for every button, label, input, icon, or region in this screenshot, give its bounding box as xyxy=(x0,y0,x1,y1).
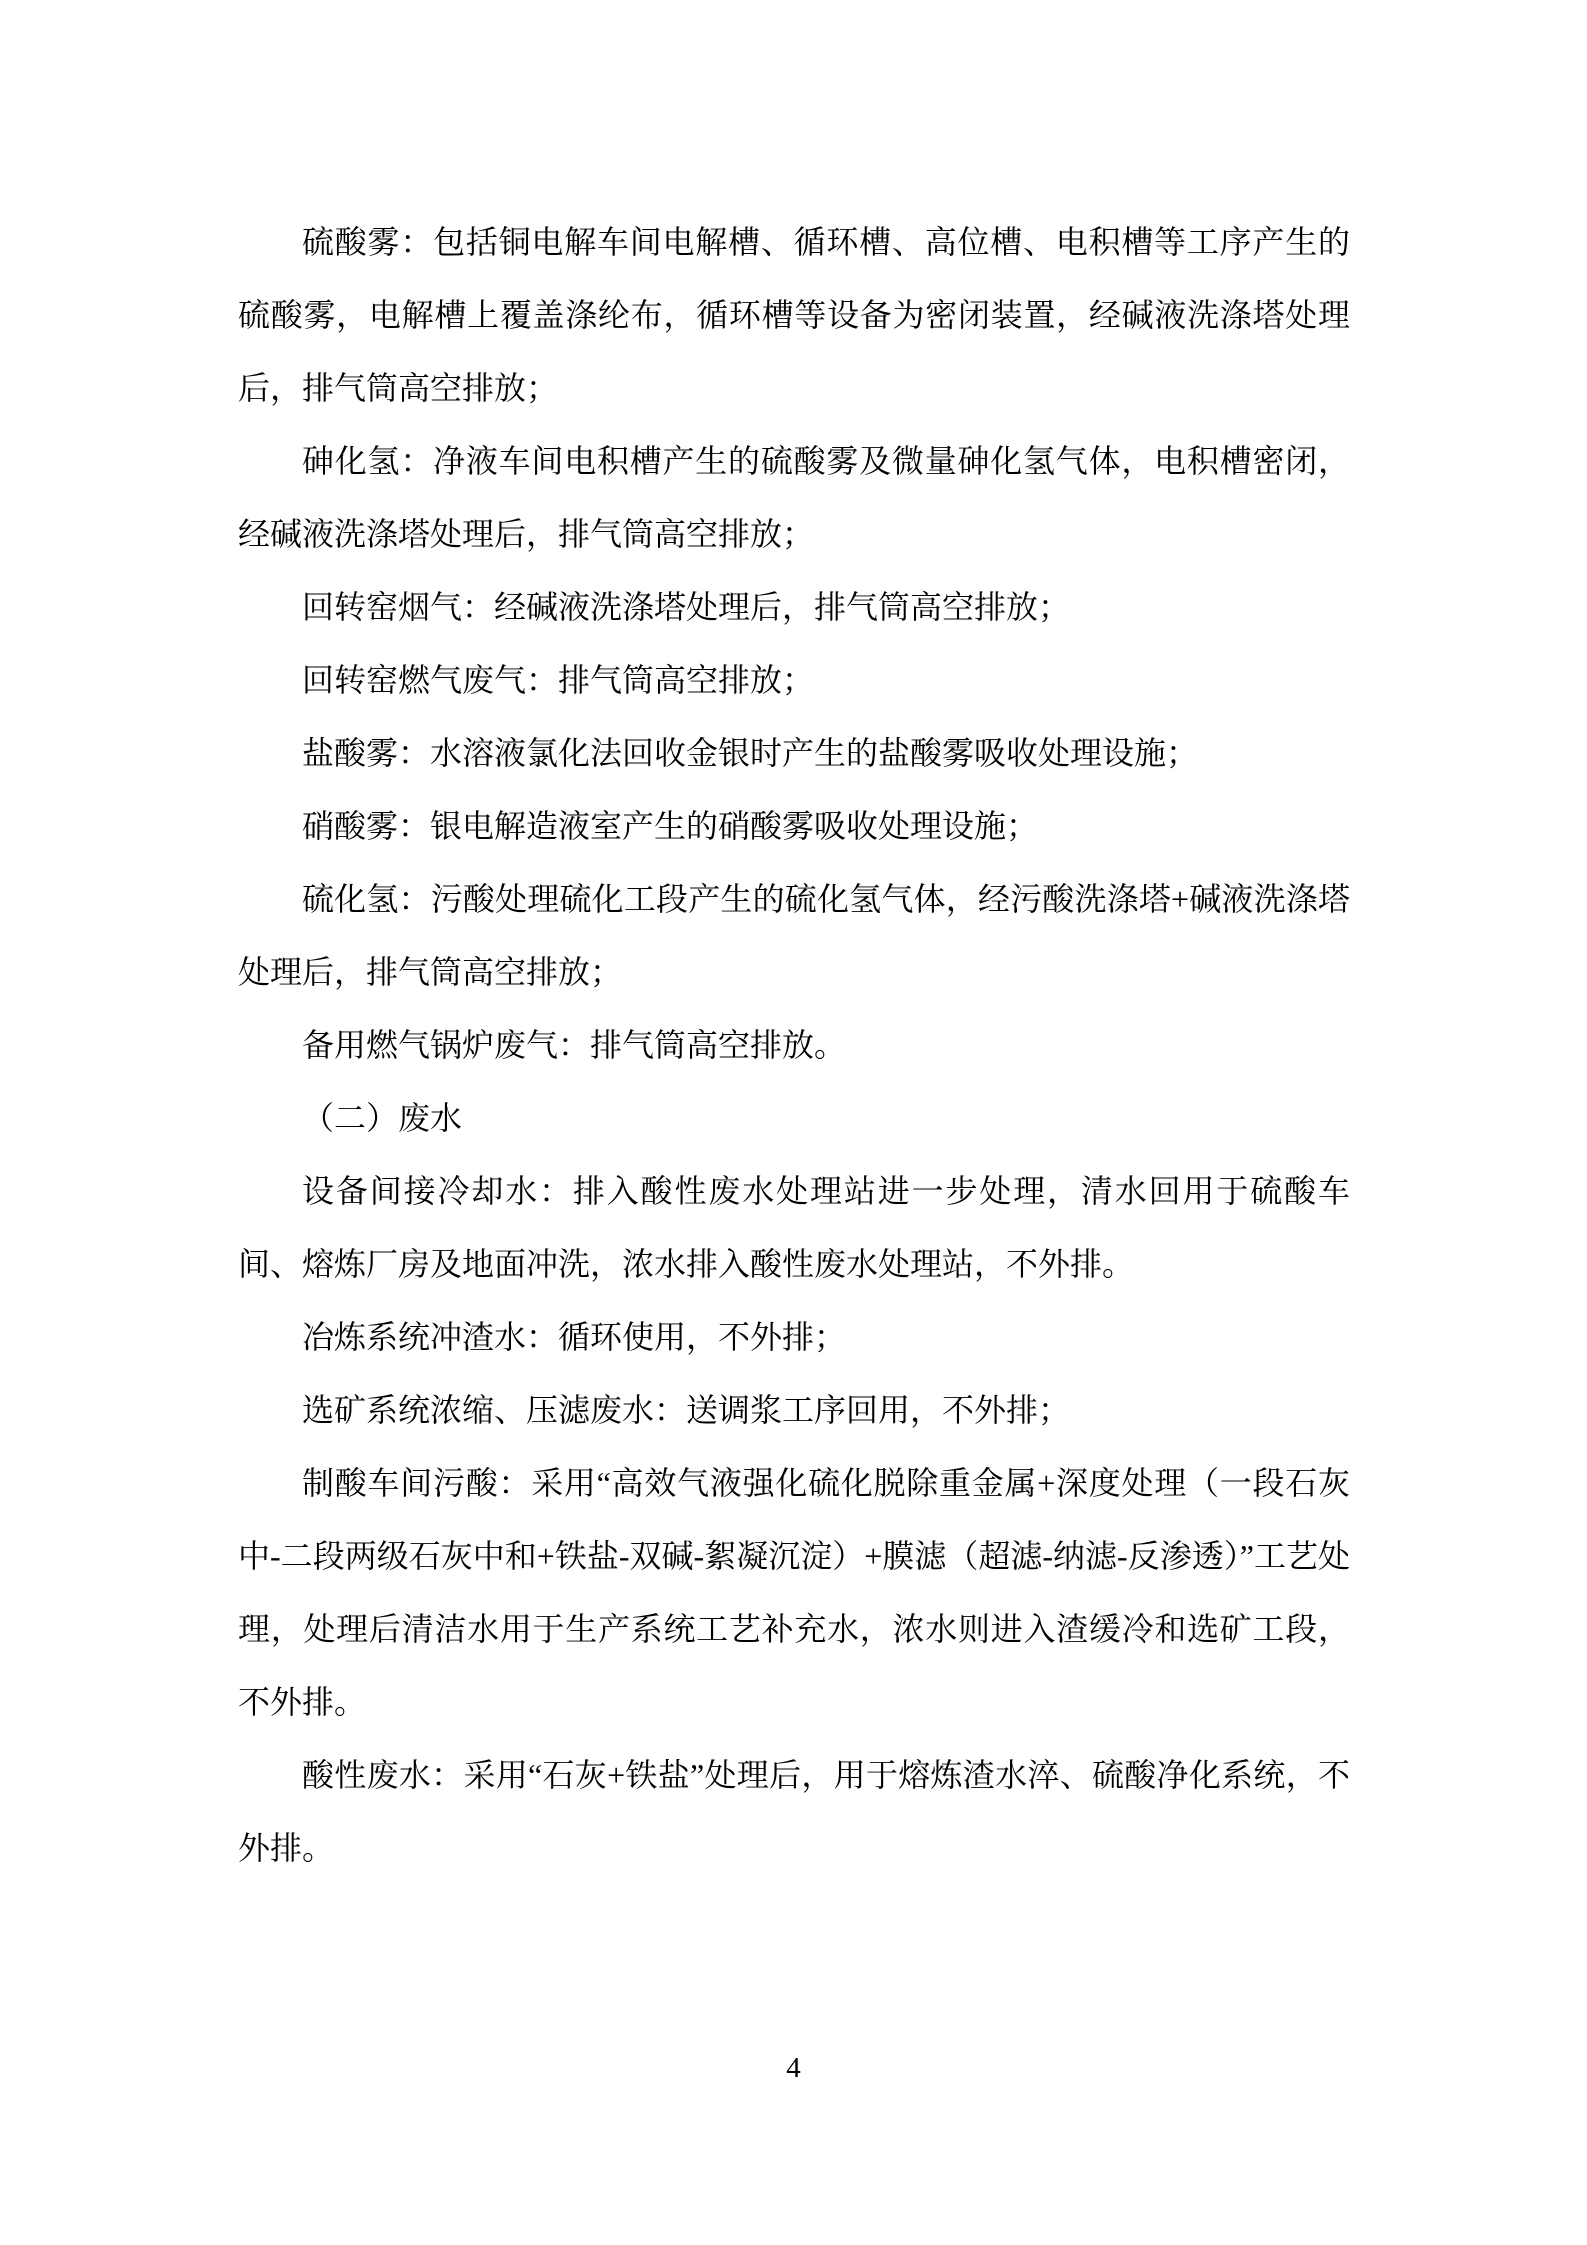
section-heading-wastewater: （二）废水 xyxy=(238,1082,1350,1155)
paragraph-beneficiation-wastewater: 选矿系统浓缩、压滤废水：送调浆工序回用，不外排； xyxy=(238,1374,1350,1447)
paragraph-rotary-kiln-fuel-gas: 回转窑燃气废气：排气筒高空排放； xyxy=(238,644,1350,717)
paragraph-slag-flushing-water: 冶炼系统冲渣水：循环使用，不外排； xyxy=(238,1301,1350,1374)
paragraph-nitric-acid-mist: 硝酸雾：银电解造液室产生的硝酸雾吸收处理设施； xyxy=(238,790,1350,863)
paragraph-standby-boiler-gas: 备用燃气锅炉废气：排气筒高空排放。 xyxy=(238,1009,1350,1082)
paragraph-hydrogen-sulfide: 硫化氢：污酸处理硫化工段产生的硫化氢气体，经污酸洗涤塔+碱液洗涤塔处理后，排气筒… xyxy=(238,863,1350,1009)
paragraph-rotary-kiln-flue-gas: 回转窑烟气：经碱液洗涤塔处理后，排气筒高空排放； xyxy=(238,571,1350,644)
paragraph-acid-plant-waste-acid: 制酸车间污酸：采用“高效气液强化硫化脱除重金属+深度处理（一段石灰中-二段两级石… xyxy=(238,1447,1350,1739)
paragraph-acidic-wastewater: 酸性废水：采用“石灰+铁盐”处理后，用于熔炼渣水淬、硫酸净化系统，不外排。 xyxy=(238,1739,1350,1885)
text-body: 硫酸雾：包括铜电解车间电解槽、循环槽、高位槽、电积槽等工序产生的硫酸雾，电解槽上… xyxy=(238,206,1350,1885)
page-number: 4 xyxy=(0,2048,1587,2088)
paragraph-sulfuric-acid-mist: 硫酸雾：包括铜电解车间电解槽、循环槽、高位槽、电积槽等工序产生的硫酸雾，电解槽上… xyxy=(238,206,1350,425)
paragraph-hydrochloric-acid-mist: 盐酸雾：水溶液氯化法回收金银时产生的盐酸雾吸收处理设施； xyxy=(238,717,1350,790)
paragraph-arsine: 砷化氢：净液车间电积槽产生的硫酸雾及微量砷化氢气体，电积槽密闭，经碱液洗涤塔处理… xyxy=(238,425,1350,571)
paragraph-indirect-cooling-water: 设备间接冷却水：排入酸性废水处理站进一步处理，清水回用于硫酸车间、熔炼厂房及地面… xyxy=(238,1155,1350,1301)
document-page: 硫酸雾：包括铜电解车间电解槽、循环槽、高位槽、电积槽等工序产生的硫酸雾，电解槽上… xyxy=(0,0,1587,2245)
